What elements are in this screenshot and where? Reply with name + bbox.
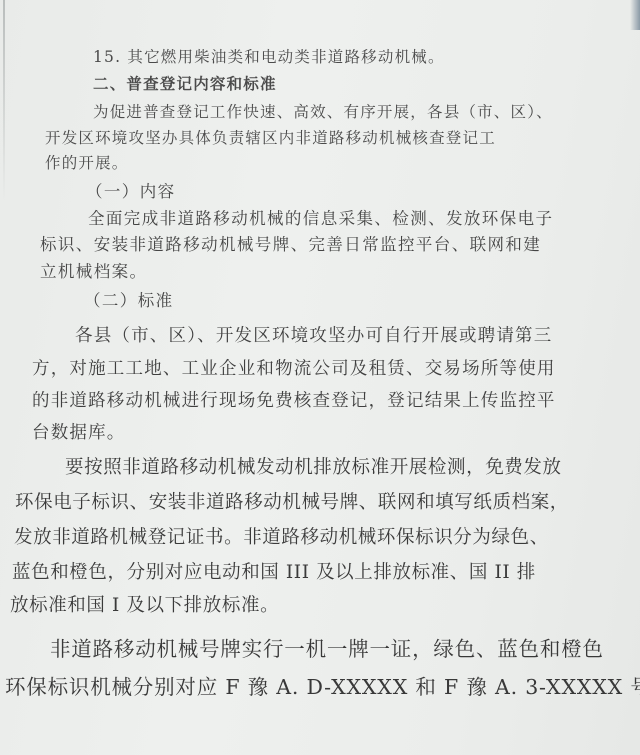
paragraph-line: 放标准和国 I 及以下排放标准。: [10, 591, 279, 617]
paragraph-line: 各县（市、区）、开发区环境攻坚办可自行开展或聘请第三: [75, 322, 552, 347]
paragraph-line: 蓝色和橙色，分别对应电动和国 III 及以上排放标准、国 II 排: [12, 558, 536, 584]
list-item-15: 15. 其它燃用柴油类和电动类非道路移动机械。: [93, 45, 445, 67]
paragraph-line: 非道路移动机械号牌实行一机一牌一证，绿色、蓝色和橙色: [50, 632, 604, 662]
paragraph-line: 方，对施工工地、工业企业和物流公司及租赁、交易场所等使用: [32, 355, 556, 380]
paragraph-line: 开发区环境攻坚办具体负责辖区内非道路移动机械核查登记工: [45, 126, 496, 148]
page-edge-shadow: [3, 0, 5, 200]
subsection-heading-standard: （二）标准: [84, 287, 174, 311]
paragraph-line: 立机械档案。: [40, 258, 147, 282]
paragraph-line: 环保标识机械分别对应 F 豫 A. D-XXXXX 和 F 豫 A. 3-XXX…: [5, 670, 640, 700]
paragraph-line: 台数据库。: [32, 419, 126, 444]
subsection-heading-content: （一）内容: [86, 178, 176, 202]
paragraph-line: 为促进普查登记工作快速、高效、有序开展，各县（市、区）、: [93, 100, 553, 122]
paragraph-line: 要按照非道路移动机械发动机排放标准开展检测，免费发放: [65, 453, 562, 479]
paragraph-line: 全面完成非道路移动机械的信息采集、检测、发放环保电子: [88, 205, 553, 229]
paragraph-line: 的非道路移动机械进行现场免费核查登记，登记结果上传监控平: [32, 387, 556, 412]
paragraph-line: 标识、安装非道路移动机械号牌、完善日常监控平台、联网和建: [40, 231, 541, 255]
paragraph-line: 发放非道路机械登记证书。非道路移动机械环保标识分为绿色、: [14, 523, 549, 549]
paragraph-line: 环保电子标识、安装非道路移动机械号牌、联网和填写纸质档案，: [15, 488, 569, 514]
section-heading-2: 二、普查登记内容和标准: [93, 72, 277, 94]
corner-shadow: [630, 0, 640, 30]
paragraph-line: 作的开展。: [45, 151, 129, 173]
